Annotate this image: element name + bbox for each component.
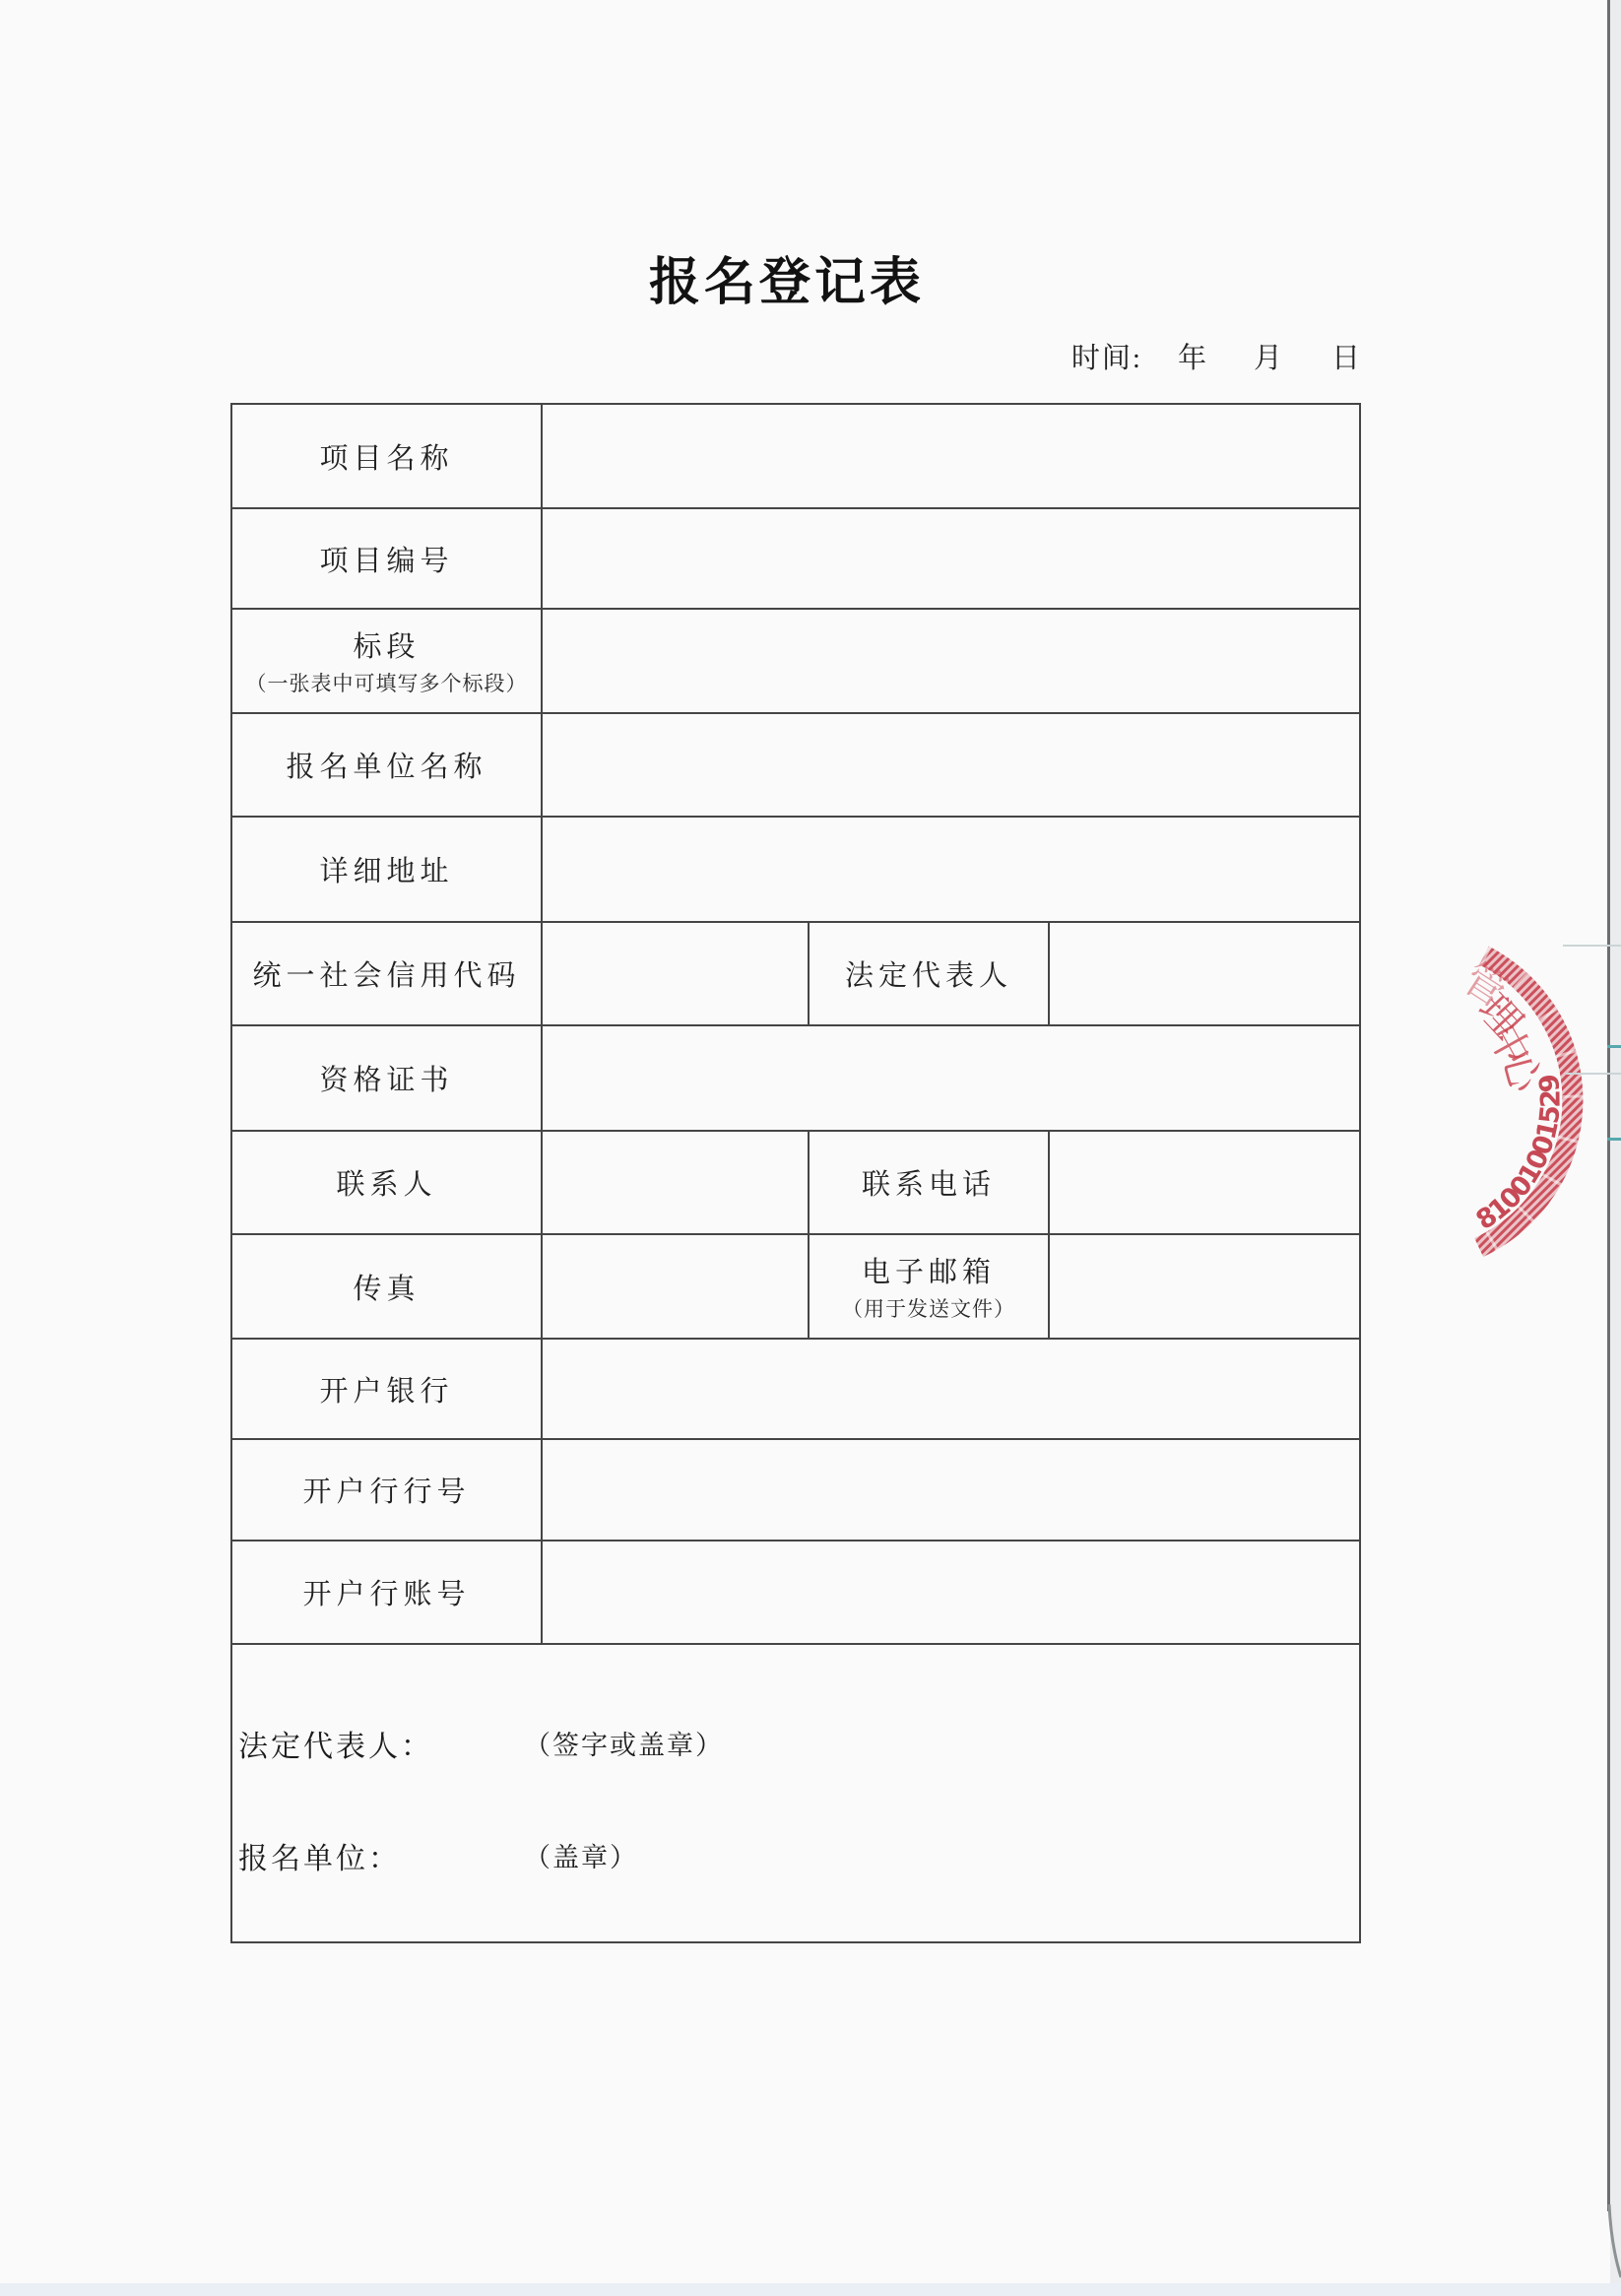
row-label: 法定代表人 [845,960,1012,992]
sign-or-seal-note: （签字或盖章） [524,1724,724,1762]
table-row: 法定代表人： （签字或盖章） 报名单位： （盖章） [231,1644,1360,1942]
row-label-cell: 开户行行号 [231,1439,542,1541]
date-month-unit: 月 [1254,343,1284,374]
date-day-unit: 日 [1331,343,1362,374]
value-cell [542,1439,1360,1541]
row-label-cell: 法定代表人 [809,922,1049,1025]
row-label-cell: 标段 （一张表中可填写多个标段） [231,609,542,713]
value-cell [542,1131,809,1234]
row-label-cell: 统一社会信用代码 [231,922,542,1025]
red-seal-stamp: 管理中心 81001001529 [1221,901,1621,1300]
date-year-unit: 年 [1178,343,1208,374]
value-cell [542,508,1360,609]
row-label-cell: 项目名称 [231,404,542,508]
value-cell [542,609,1360,713]
row-label-cell: 详细地址 [231,817,542,922]
value-cell [542,1541,1360,1644]
scan-hairline [1563,945,1621,947]
scanned-document-page: 报名登记表 时间:年月日 项目名称 项目编号 标段 （一张表中可填写多个标段） … [0,0,1621,2296]
applicant-unit-line: 报名单位： （盖章） [232,1834,1359,1873]
row-label-cell: 报名单位名称 [231,713,542,817]
seal-note: （盖章） [524,1836,638,1874]
value-cell [542,1339,1360,1439]
row-label-cell: 电子邮箱 （用于发送文件） [809,1234,1049,1339]
scan-edge-mark [1607,1045,1621,1048]
table-row: 传真 电子邮箱 （用于发送文件） [231,1234,1360,1339]
row-label: 开户行账号 [302,1579,470,1610]
row-label: 传真 [353,1274,420,1305]
row-label: 开户银行 [319,1376,453,1408]
signature-cell: 法定代表人： （签字或盖章） 报名单位： （盖章） [231,1644,1360,1942]
row-label: 项目编号 [319,546,453,577]
row-label: 项目名称 [319,443,453,475]
table-row: 开户行行号 [231,1439,1360,1541]
row-label: 联系人 [336,1169,436,1201]
value-cell [542,713,1360,817]
page-edge-line [1607,0,1610,2211]
row-label-cell: 传真 [231,1234,542,1339]
page-title: 报名登记表 [0,240,1574,314]
row-label: 电子邮箱 [862,1257,996,1288]
row-label-cell: 开户行账号 [231,1541,542,1644]
table-row: 开户银行 [231,1339,1360,1439]
scan-edge-strip [1610,0,1621,2296]
row-label-cell: 联系电话 [809,1131,1049,1234]
date-line: 时间:年月日 [1071,336,1362,376]
applicant-unit-label: 报名单位： [238,1834,401,1877]
table-row: 报名单位名称 [231,713,1360,817]
row-label-note: （一张表中可填写多个标段） [232,668,541,697]
row-label: 标段 [353,631,420,663]
row-label: 统一社会信用代码 [252,960,520,992]
registration-form-table: 项目名称 项目编号 标段 （一张表中可填写多个标段） 报名单位名称 详细地址 统… [230,403,1361,1943]
page-edge-curve [1601,2204,1621,2283]
row-label: 联系电话 [862,1169,996,1201]
scan-bottom-band [0,2283,1621,2296]
stamp-number-group: 81001001529 [1471,1072,1567,1236]
row-label: 详细地址 [319,856,453,887]
table-row: 项目编号 [231,508,1360,609]
value-cell [542,922,809,1025]
row-label-cell: 开户银行 [231,1339,542,1439]
row-label-cell: 项目编号 [231,508,542,609]
scan-hairline [1566,1073,1621,1075]
table-row: 标段 （一张表中可填写多个标段） [231,609,1360,713]
table-row: 开户行账号 [231,1541,1360,1644]
row-label: 报名单位名称 [286,752,486,783]
value-cell [542,404,1360,508]
row-label-cell: 资格证书 [231,1025,542,1131]
scan-edge-mark [1607,1138,1621,1141]
table-row: 项目名称 [231,404,1360,508]
table-row: 统一社会信用代码 法定代表人 [231,922,1360,1025]
row-label-cell: 联系人 [231,1131,542,1234]
legal-representative-label: 法定代表人： [238,1722,433,1765]
stamp-digit: 9 [1533,1072,1566,1093]
legal-representative-line: 法定代表人： （签字或盖章） [232,1722,1359,1761]
row-label-note: （用于发送文件） [810,1293,1048,1323]
value-cell [542,1234,809,1339]
row-label: 资格证书 [319,1065,453,1096]
table-row: 详细地址 [231,817,1360,922]
table-row: 联系人 联系电话 [231,1131,1360,1234]
date-label: 时间: [1071,343,1142,374]
table-row: 资格证书 [231,1025,1360,1131]
row-label: 开户行行号 [302,1476,470,1508]
